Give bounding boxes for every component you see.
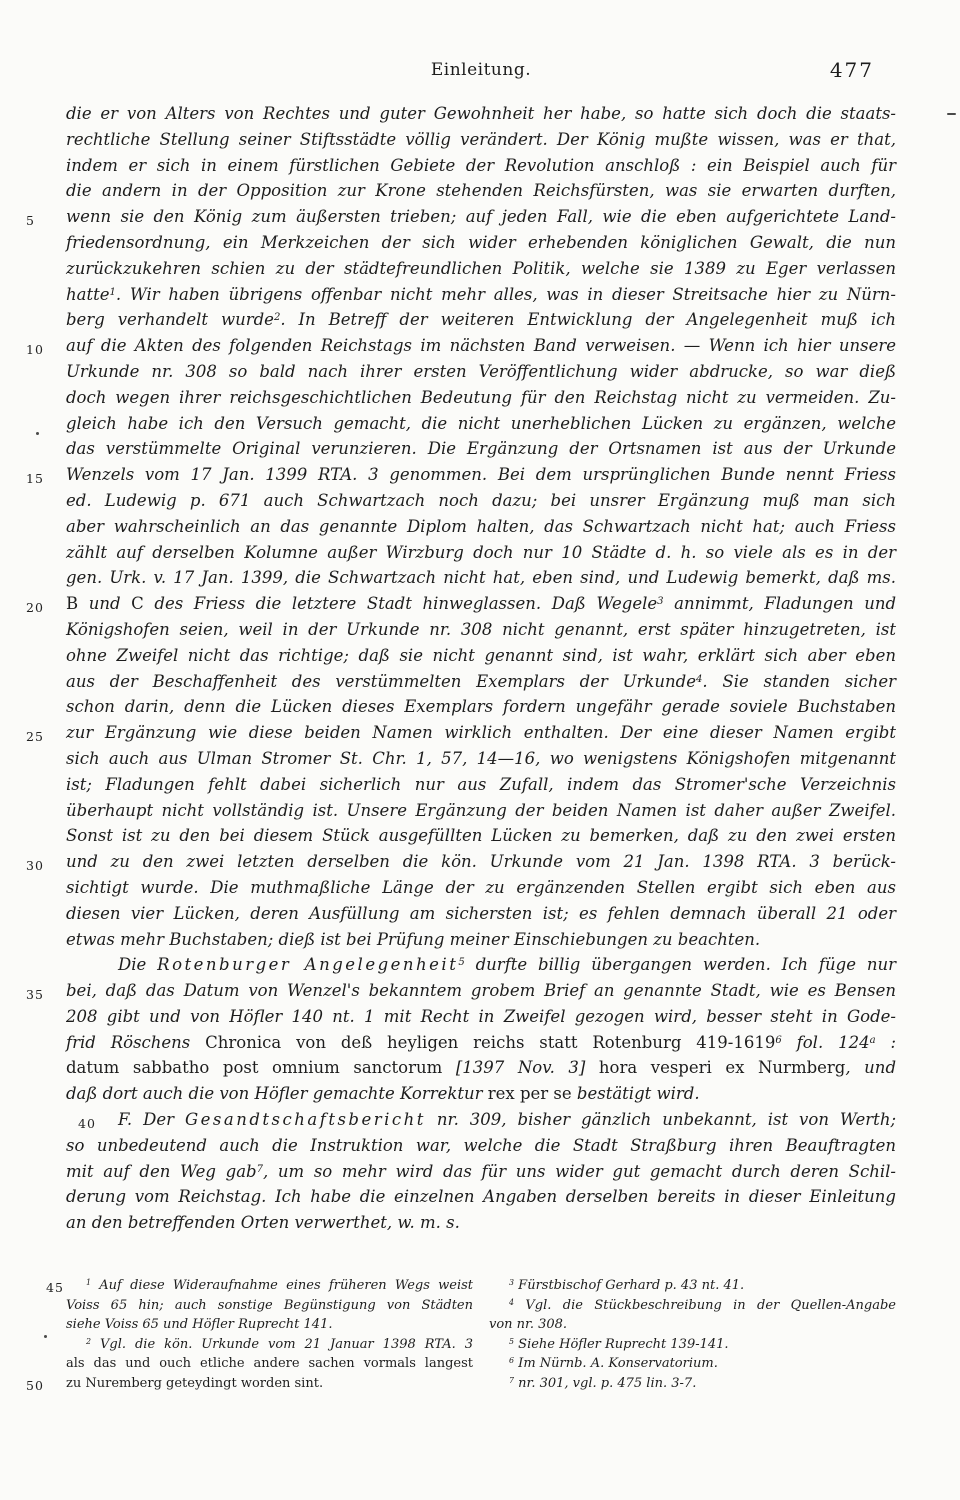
footnote-reference: 1 [86, 1278, 91, 1287]
margin-line-number: 20 [26, 595, 56, 621]
text-line: 50zu Nuremberg geteydingt worden sint. [66, 1374, 473, 1394]
margin-line-number: 50 [26, 1376, 56, 1396]
text-line: 208 gibt und von Höfler 140 nt. 1 mit Re… [66, 1004, 896, 1030]
text-segment: bei, daß das Datum von Wenzel's bekannte… [66, 981, 896, 1000]
text-line: indem er sich in einem fürstlichen Gebie… [66, 153, 896, 179]
text-segment: 208 gibt und von Höfler 140 nt. 1 mit Re… [66, 1007, 896, 1026]
text-segment: rechtliche Stellung seiner Stiftsstädte … [66, 130, 896, 149]
footnote-reference: 6 [509, 1356, 514, 1365]
text-segment: zu Nuremberg geteydingt worden sint. [66, 1376, 323, 1391]
page-number: 477 [830, 58, 874, 82]
text-line: datum sabbatho post omnium sanctorum [13… [66, 1055, 896, 1081]
text-segment: des Friess die letztere Stadt hinweglass… [154, 594, 657, 613]
text-line: 15Wenzels vom 17 Jan. 1399 RTA. 3 genomm… [66, 462, 896, 488]
text-line: 5 Siehe Höfler Ruprecht 139-141. [489, 1335, 896, 1355]
text-segment: Gesandtschaftsbericht [185, 1110, 426, 1129]
text-line: rechtliche Stellung seiner Stiftsstädte … [66, 127, 896, 153]
text-segment: Sonst ist zu den bei diesem Stück ausgef… [66, 826, 896, 845]
text-line: 20B und C des Friess die letztere Stadt … [66, 591, 896, 617]
text-segment: siehe Voiss 65 und Höfler Ruprecht 141. [66, 1317, 332, 1332]
text-line: 3 Fürstbischof Gerhard p. 43 nt. 41. [489, 1276, 896, 1296]
margin-line-number: 30 [26, 853, 56, 879]
footnote-column-left: 451 Auf diese Wideraufnahme eines früher… [66, 1276, 473, 1394]
text-segment: : [876, 1033, 896, 1052]
text-line: friedensordnung, ein Merkzeichen der sic… [66, 230, 896, 256]
text-segment: derung vom Reichstag. Ich habe die einze… [66, 1187, 896, 1206]
text-line: Sonst ist zu den bei diesem Stück ausgef… [66, 823, 896, 849]
text-segment: Vgl. die Stückbeschreibung in der Quelle… [514, 1298, 896, 1313]
text-segment: bestätigt wird. [577, 1084, 700, 1103]
text-segment: mit auf den Weg gab [66, 1162, 257, 1181]
text-line: 40F. Der Gesandtschaftsbericht nr. 309, … [66, 1107, 896, 1133]
footnote-reference: 3 [657, 596, 663, 607]
text-line: zählt auf derselben Kolumne außer Wirzbu… [66, 540, 896, 566]
scan-artifact [947, 113, 956, 115]
text-segment: frid Röschens [66, 1033, 205, 1052]
text-line: zurückzukehren schien zu der städtefreun… [66, 256, 896, 282]
text-line: ist; Fladungen fehlt dabei sicherlich nu… [66, 772, 896, 798]
text-line: 7 nr. 301, vgl. p. 475 lin. 3-7. [489, 1374, 896, 1394]
text-line: doch wegen ihrer reichsgeschichtlichen B… [66, 385, 896, 411]
text-line: siehe Voiss 65 und Höfler Ruprecht 141. [66, 1315, 473, 1335]
text-line: die andern in der Opposition zur Krone s… [66, 178, 896, 204]
footnote-reference: 6 [775, 1035, 781, 1046]
text-segment: das verstümmelte Original verunzieren. D… [66, 439, 896, 458]
text-line: gen. Urk. v. 17 Jan. 1399, die Schwartza… [66, 565, 896, 591]
footnote-reference: 2 [274, 312, 280, 323]
text-segment: sich auch aus Ulman Stromer St. Chr. 1, … [66, 749, 896, 768]
text-segment: so unbedeutend auch die Instruktion war,… [66, 1136, 896, 1155]
text-segment: indem er sich in einem fürstlichen Gebie… [66, 156, 896, 175]
footnote-reference: 3 [509, 1278, 514, 1287]
text-segment: zurückzukehren schien zu der städtefreun… [66, 259, 896, 278]
text-segment: diesen vier Lücken, deren Ausfüllung am … [66, 904, 896, 923]
text-line: überhaupt nicht vollständig ist. Unsere … [66, 798, 896, 824]
footnote-reference: 7 [257, 1164, 263, 1175]
text-segment: schon darin, denn die Lücken dieses Exem… [66, 697, 896, 716]
text-line: das verstümmelte Original verunzieren. D… [66, 436, 896, 462]
margin-line-number: 25 [26, 724, 56, 750]
text-line: 2 Vgl. die kön. Urkunde vom 21 Januar 13… [66, 1335, 473, 1355]
text-line: 25zur Ergänzung wie diese beiden Namen w… [66, 720, 896, 746]
text-line: so unbedeutend auch die Instruktion war,… [66, 1133, 896, 1159]
scanned-book-page: Einleitung. 477 die er von Alters von Re… [0, 0, 960, 1500]
text-segment: , und [845, 1058, 896, 1077]
text-segment: gleich habe ich den Versuch gemacht, die… [66, 414, 896, 433]
text-segment: gen. Urk. v. 17 Jan. 1399, die Schwartza… [66, 568, 896, 587]
text-segment: ist; Fladungen fehlt dabei sicherlich nu… [66, 775, 896, 794]
text-segment: hatte [66, 285, 110, 304]
text-line: sich auch aus Ulman Stromer St. Chr. 1, … [66, 746, 896, 772]
text-line: 30und zu den zwei letzten derselben die … [66, 849, 896, 875]
text-segment: zählt auf derselben Kolumne außer Wirzbu… [66, 543, 896, 562]
text-segment: . Wir haben übrigens offenbar nicht mehr… [116, 285, 896, 304]
text-line: die er von Alters von Rechtes und guter … [66, 101, 896, 127]
text-segment: überhaupt nicht vollständig ist. Unsere … [66, 801, 896, 820]
text-segment: friedensordnung, ein Merkzeichen der sic… [66, 233, 896, 252]
text-line: derung vom Reichstag. Ich habe die einze… [66, 1184, 896, 1210]
footnote-reference: 7 [509, 1376, 514, 1385]
text-segment: berg verhandelt wurde [66, 310, 274, 329]
text-segment: Chronica von deß heyligen reichs statt R… [205, 1033, 775, 1052]
text-segment: B [66, 594, 89, 613]
footnote-reference: 4 [696, 674, 702, 685]
margin-line-number: 40 [26, 1111, 56, 1137]
text-segment: C [131, 594, 154, 613]
text-segment: ohne Zweifel nicht das richtige; daß sie… [66, 646, 896, 665]
text-line: 451 Auf diese Wideraufnahme eines früher… [66, 1276, 473, 1296]
text-line: mit auf den Weg gab7, um so mehr wird da… [66, 1159, 896, 1185]
text-segment: zur Ergänzung wie diese beiden Namen wir… [66, 723, 896, 742]
text-segment: Vgl. die kön. Urkunde vom 21 Januar 1398… [91, 1337, 473, 1352]
text-segment: fol. 124 [782, 1033, 870, 1052]
text-line: 4 Vgl. die Stückbeschreibung in der Quel… [489, 1296, 896, 1316]
running-head: Einleitung. 477 [66, 60, 896, 86]
text-line: als das und ouch etliche andere sachen v… [66, 1354, 473, 1374]
text-line: Königshofen seien, weil in der Urkunde n… [66, 617, 896, 643]
text-segment: Im Nürnb. A. Konservatorium. [514, 1356, 718, 1371]
running-title: Einleitung. [66, 60, 896, 80]
text-line: berg verhandelt wurde2. In Betreff der w… [66, 307, 896, 333]
margin-line-number: 35 [26, 982, 56, 1008]
footnote-column-right: 3 Fürstbischof Gerhard p. 43 nt. 41.4 Vg… [489, 1276, 896, 1394]
text-line: aber wahrscheinlich an das genannte Dipl… [66, 514, 896, 540]
text-line: etwas mehr Buchstaben; dieß ist bei Prüf… [66, 927, 896, 953]
text-segment: aber wahrscheinlich an das genannte Dipl… [66, 517, 896, 536]
text-segment: die andern in der Opposition zur Krone s… [66, 181, 896, 200]
text-segment: , um so mehr wird das für uns wider gut … [263, 1162, 896, 1181]
text-segment: F. Der [118, 1110, 185, 1129]
text-line: ohne Zweifel nicht das richtige; daß sie… [66, 643, 896, 669]
footnote-reference: 2 [86, 1337, 91, 1346]
text-line: 35bei, daß das Datum von Wenzel's bekann… [66, 978, 896, 1004]
text-line: ed. Ludewig p. 671 auch Schwartzach noch… [66, 488, 896, 514]
scan-artifact [36, 432, 39, 435]
footnote-reference: 5 [509, 1337, 514, 1346]
text-line: hatte1. Wir haben übrigens offenbar nich… [66, 282, 896, 308]
text-segment: Wenzels vom 17 Jan. 1399 RTA. 3 genommen… [66, 465, 896, 484]
text-segment: daß dort auch die von Höfler gemachte Ko… [66, 1084, 488, 1103]
footnote-reference: a [870, 1035, 876, 1046]
text-segment: wenn sie den König zum äußersten trieben… [66, 207, 896, 226]
text-line: 5wenn sie den König zum äußersten triebe… [66, 204, 896, 230]
text-segment: Auf diese Wideraufnahme eines früheren W… [91, 1278, 473, 1293]
text-line: 10auf die Akten des folgenden Reichstags… [66, 333, 896, 359]
scan-artifact [44, 1335, 47, 1338]
text-segment: Die [118, 955, 157, 974]
text-segment: . Sie standen sicher [702, 672, 896, 691]
margin-line-number: 5 [26, 208, 56, 234]
text-line: von nr. 308. [489, 1315, 896, 1335]
text-segment: Voiss 65 hin; auch sonstige Begünstigung… [66, 1298, 473, 1313]
text-line: sichtigt wurde. Die muthmaßliche Länge d… [66, 875, 896, 901]
text-line: Voiss 65 hin; auch sonstige Begünstigung… [66, 1296, 473, 1316]
text-segment: Königshofen seien, weil in der Urkunde n… [66, 620, 896, 639]
margin-line-number: 45 [26, 1278, 56, 1298]
text-segment: Rotenburger Angelegenheit [157, 955, 458, 974]
text-line: frid Röschens Chronica von deß heyligen … [66, 1030, 896, 1056]
footnote-reference: 4 [509, 1298, 514, 1307]
text-line: daß dort auch die von Höfler gemachte Ko… [66, 1081, 896, 1107]
main-text-block: die er von Alters von Rechtes und guter … [66, 101, 896, 1236]
text-line: schon darin, denn die Lücken dieses Exem… [66, 694, 896, 720]
text-segment: hora vesperi ex Nurmberg [585, 1058, 845, 1077]
text-segment: und [89, 594, 131, 613]
text-segment: Siehe Höfler Ruprecht 139-141. [514, 1337, 729, 1352]
margin-line-number: 15 [26, 466, 56, 492]
text-segment: durfte billig übergangen werden. Ich füg… [465, 955, 896, 974]
text-segment: ed. Ludewig p. 671 auch Schwartzach noch… [66, 491, 896, 510]
text-line: Die Rotenburger Angelegenheit5 durfte bi… [66, 952, 896, 978]
text-segment: als das und ouch etliche andere sachen v… [66, 1356, 473, 1371]
text-line: diesen vier Lücken, deren Ausfüllung am … [66, 901, 896, 927]
text-line: Urkunde nr. 308 so bald nach ihrer erste… [66, 359, 896, 385]
footnotes-section: 451 Auf diese Wideraufnahme eines früher… [66, 1276, 896, 1394]
text-segment: [1397 Nov. 3] [456, 1058, 585, 1077]
text-segment: . In Betreff der weiteren Entwicklung de… [280, 310, 896, 329]
text-segment: nr. 301, vgl. p. 475 lin. 3-7. [514, 1376, 696, 1391]
margin-line-number: 10 [26, 337, 56, 363]
text-segment: Urkunde nr. 308 so bald nach ihrer erste… [66, 362, 896, 381]
text-segment: von nr. 308. [489, 1317, 567, 1332]
text-segment: nr. 309, bisher gänzlich unbekannt, ist … [426, 1110, 896, 1129]
footnote-reference: 1 [110, 287, 116, 298]
text-segment: doch wegen ihrer reichsgeschichtlichen B… [66, 388, 896, 407]
text-segment: Fürstbischof Gerhard p. 43 nt. 41. [514, 1278, 744, 1293]
text-segment: die er von Alters von Rechtes und guter … [66, 104, 896, 123]
text-segment: und zu den zwei letzten derselben die kö… [66, 852, 896, 871]
text-line: aus der Beschaffenheit des verstümmelten… [66, 669, 896, 695]
text-segment: etwas mehr Buchstaben; dieß ist bei Prüf… [66, 930, 760, 949]
text-segment: auf die Akten des folgenden Reichstags i… [66, 336, 896, 355]
text-segment: aus der Beschaffenheit des verstümmelten… [66, 672, 696, 691]
text-segment: an den betreffenden Orten verwerthet, w.… [66, 1213, 460, 1232]
text-segment: datum sabbatho post omnium sanctorum [66, 1058, 456, 1077]
text-segment: rex per se [488, 1084, 577, 1103]
footnote-reference: 5 [458, 957, 464, 968]
text-segment: annimmt, Fladungen und [664, 594, 896, 613]
text-segment: sichtigt wurde. Die muthmaßliche Länge d… [66, 878, 896, 897]
text-line: 6 Im Nürnb. A. Konservatorium. [489, 1354, 896, 1374]
text-line: gleich habe ich den Versuch gemacht, die… [66, 411, 896, 437]
text-line: an den betreffenden Orten verwerthet, w.… [66, 1210, 896, 1236]
